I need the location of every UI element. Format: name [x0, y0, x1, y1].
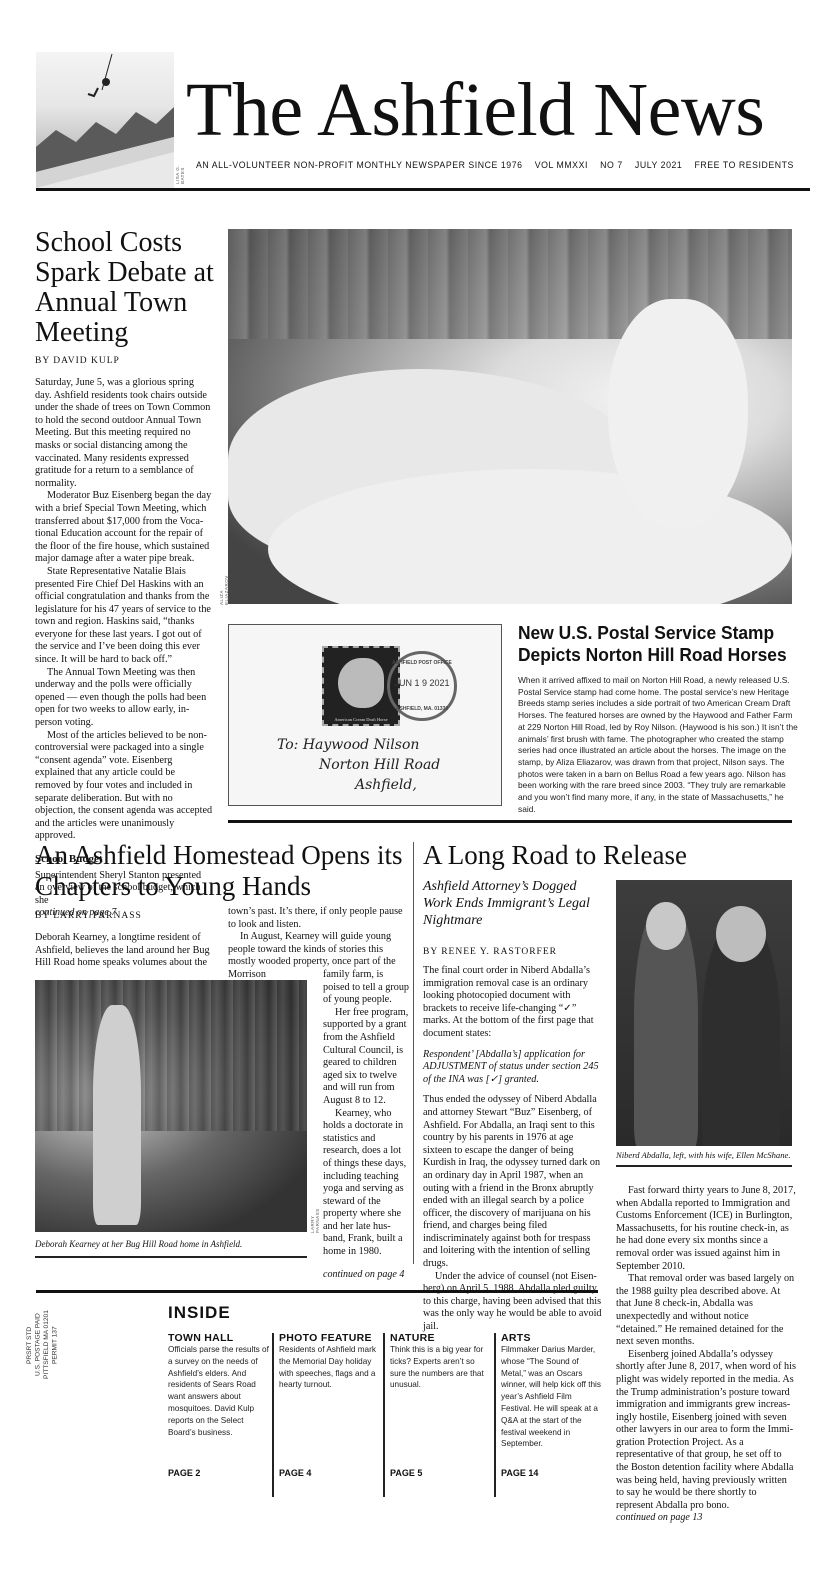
lead-paragraph: The Annual Town Meeting was then underwa…: [35, 667, 213, 730]
inside-item-nature[interactable]: NATURE Think this is a big year for tick…: [390, 1332, 492, 1500]
inside-item-town-hall[interactable]: TOWN HALL Officials parse the results of…: [168, 1332, 270, 1500]
inside-section-desc: Think this is a big year for ticks? Expe…: [390, 1344, 492, 1391]
horses-photo-credit: ALIZA ELIAZAROV: [219, 565, 229, 605]
newspaper-title: The Ashfield News: [186, 72, 764, 148]
long-road-paragraph: That removal order was based largely on …: [616, 1273, 796, 1349]
stamp-horse: [338, 658, 384, 708]
inside-item-photo-feature[interactable]: PHOTO FEATURE Residents of Ashfield mark…: [279, 1332, 381, 1500]
kearney-photo-credit: LARRY PARNASS: [310, 1195, 320, 1233]
inside-rule: [36, 1290, 598, 1293]
masthead-rule: [36, 188, 810, 191]
inside-page-ref[interactable]: PAGE 4: [279, 1468, 311, 1478]
long-road-paragraph: The final court order in Niberd Abdalla’…: [423, 965, 603, 1041]
long-road-byline: BY RENEE Y. RASTORFER: [423, 947, 557, 957]
caption-rule: [616, 1165, 792, 1167]
permit-line: PITTSFIELD MA 01201: [43, 1300, 52, 1390]
inside-section-name: TOWN HALL: [168, 1332, 270, 1344]
long-road-paragraph: Fast forward thirty years to June 8, 201…: [616, 1185, 796, 1273]
stamp-headline: New U.S. Postal Service Stamp Depicts No…: [518, 622, 791, 666]
homestead-byline: BY LARRY PARNASS: [35, 911, 142, 921]
permit-line: PERMIT 137: [52, 1300, 61, 1390]
postmark-top-text: ASHFIELD POST OFFICE: [390, 660, 454, 666]
stamp-label: American Cream Draft Horse: [324, 717, 398, 722]
long-road-paragraph: Eisenberg joined Abdalla’s odyssey short…: [616, 1349, 796, 1513]
masthead-tagline: AN ALL-VOLUNTEER NON-PROFIT MONTHLY NEWS…: [196, 160, 803, 171]
abdalla-photo-caption: Niberd Abdalla, left, with his wife, Ell…: [616, 1150, 791, 1160]
homestead-paragraph: Deborah Kearney, a longtime resident of …: [35, 932, 221, 970]
homestead-headline: An Ashfield Homestead Opens its Chapters…: [35, 840, 415, 902]
inside-page-ref[interactable]: PAGE 14: [501, 1468, 538, 1478]
inside-page-ref[interactable]: PAGE 2: [168, 1468, 200, 1478]
person-figure: [93, 1005, 141, 1225]
permit-line: U.S. POSTAGE PAID: [35, 1300, 44, 1390]
address-line: Ashfield,: [355, 777, 417, 793]
horses-photo: [228, 229, 792, 604]
skier-illustration-icon: [36, 52, 174, 188]
horse-head: [608, 299, 748, 529]
kearney-photo-caption: Deborah Kearney at her Bug Hill Road hom…: [35, 1239, 242, 1249]
long-road-col2: Fast forward thirty years to June 8, 201…: [616, 1185, 796, 1525]
lead-byline: BY DAVID KULP: [35, 356, 120, 366]
homestead-paragraph: family farm, is poised to tell a group o…: [323, 969, 409, 1007]
postmark-date: JUN 1 9 2021: [390, 678, 454, 688]
address-line: To: Haywood Nilson: [277, 737, 419, 753]
postage-permit: PRSRT STD U.S. POSTAGE PAID PITTSFIELD M…: [26, 1300, 106, 1410]
lead-paragraph: Saturday, June 5, was a glorious spring …: [35, 377, 213, 490]
inside-section-name: PHOTO FEATURE: [279, 1332, 381, 1344]
long-road-paragraph: Under the advice of counsel (not Eisen­b…: [423, 1271, 603, 1334]
lead-paragraph: State Representative Natalie Blais prese…: [35, 566, 213, 667]
stamp-article-body: When it arrived affixed to mail on Norto…: [518, 675, 798, 815]
abdalla-photo: [616, 880, 792, 1146]
lead-paragraph: Moderator Buz Eisenberg began the day wi…: [35, 490, 213, 566]
volume: VOL MMXXI: [535, 160, 588, 171]
long-road-continued-link[interactable]: continued on page 13: [616, 1512, 796, 1525]
address-line: Norton Hill Road: [319, 757, 440, 773]
woman-face: [716, 906, 766, 962]
inside-item-arts[interactable]: ARTS Filmmaker Darius Marder, whose “The…: [501, 1332, 603, 1500]
masthead-illustration: [36, 52, 174, 188]
column-divider: [413, 842, 414, 1264]
permit-text: PRSRT STD U.S. POSTAGE PAID PITTSFIELD M…: [26, 1300, 60, 1390]
long-road-paragraph: Thus ended the odyssey of Niberd Abdalla…: [423, 1094, 603, 1270]
tagline-description: AN ALL-VOLUNTEER NON-PROFIT MONTHLY NEWS…: [196, 160, 523, 171]
long-road-col1: The final court order in Niberd Abdalla’…: [423, 965, 603, 1334]
homestead-paragraph: Her free pro­gram, supported by a grant …: [323, 1007, 409, 1108]
inside-divider: [383, 1333, 385, 1497]
homestead-paragraph: town’s past. It’s there, if only people …: [228, 906, 408, 931]
long-road-deck: Ashfield Attorney’s Dogged Work Ends Imm…: [423, 878, 603, 929]
postmark: ASHFIELD POST OFFICE JUN 1 9 2021 ASHFIE…: [387, 651, 457, 721]
issue-date: JULY 2021: [635, 160, 682, 171]
inside-section-name: NATURE: [390, 1332, 492, 1344]
homestead-col1: Deborah Kearney, a longtime resident of …: [35, 932, 221, 970]
homestead-col3: family farm, is poised to tell a group o…: [323, 969, 409, 1281]
inside-page-ref[interactable]: PAGE 5: [390, 1468, 422, 1478]
postmark-bottom-text: ASHFIELD, MA. 01330: [390, 706, 454, 712]
permit-line: PRSRT STD: [26, 1300, 35, 1390]
caption-rule: [35, 1256, 307, 1258]
long-road-quote: Respondent’ [Abdalla’s] application for …: [423, 1049, 603, 1087]
inside-section-desc: Filmmaker Darius Marder, whose “The Soun…: [501, 1344, 603, 1450]
price-note: FREE TO RESIDENTS: [695, 160, 794, 171]
homestead-paragraph: Kearney, who holds a doctorate in statis…: [323, 1108, 409, 1259]
section-rule: [228, 820, 792, 823]
inside-section-desc: Residents of Ashfield mark the Memorial …: [279, 1344, 381, 1391]
kearney-photo: [35, 980, 307, 1232]
inside-section-name: ARTS: [501, 1332, 603, 1344]
inside-divider: [272, 1333, 274, 1497]
issue-number: NO 7: [600, 160, 623, 171]
man-face: [646, 902, 686, 950]
forest-background: [35, 980, 307, 1131]
lead-article-body: Saturday, June 5, was a glorious spring …: [35, 377, 213, 920]
inside-divider: [494, 1333, 496, 1497]
long-road-headline: A Long Road to Release: [423, 840, 803, 871]
masthead-art-credit: LISA G. BATES: [175, 160, 185, 184]
inside-section-desc: Officials parse the results of a survey …: [168, 1344, 270, 1438]
inside-title: INSIDE: [168, 1303, 231, 1323]
lead-headline: School Costs Spark Debate at Annual Town…: [35, 228, 225, 348]
lead-paragraph: Most of the articles believed to be non-…: [35, 730, 213, 843]
envelope-photo: American Cream Draft Horse ASHFIELD POST…: [228, 624, 502, 806]
homestead-continued-link[interactable]: continued on page 4: [323, 1269, 409, 1282]
